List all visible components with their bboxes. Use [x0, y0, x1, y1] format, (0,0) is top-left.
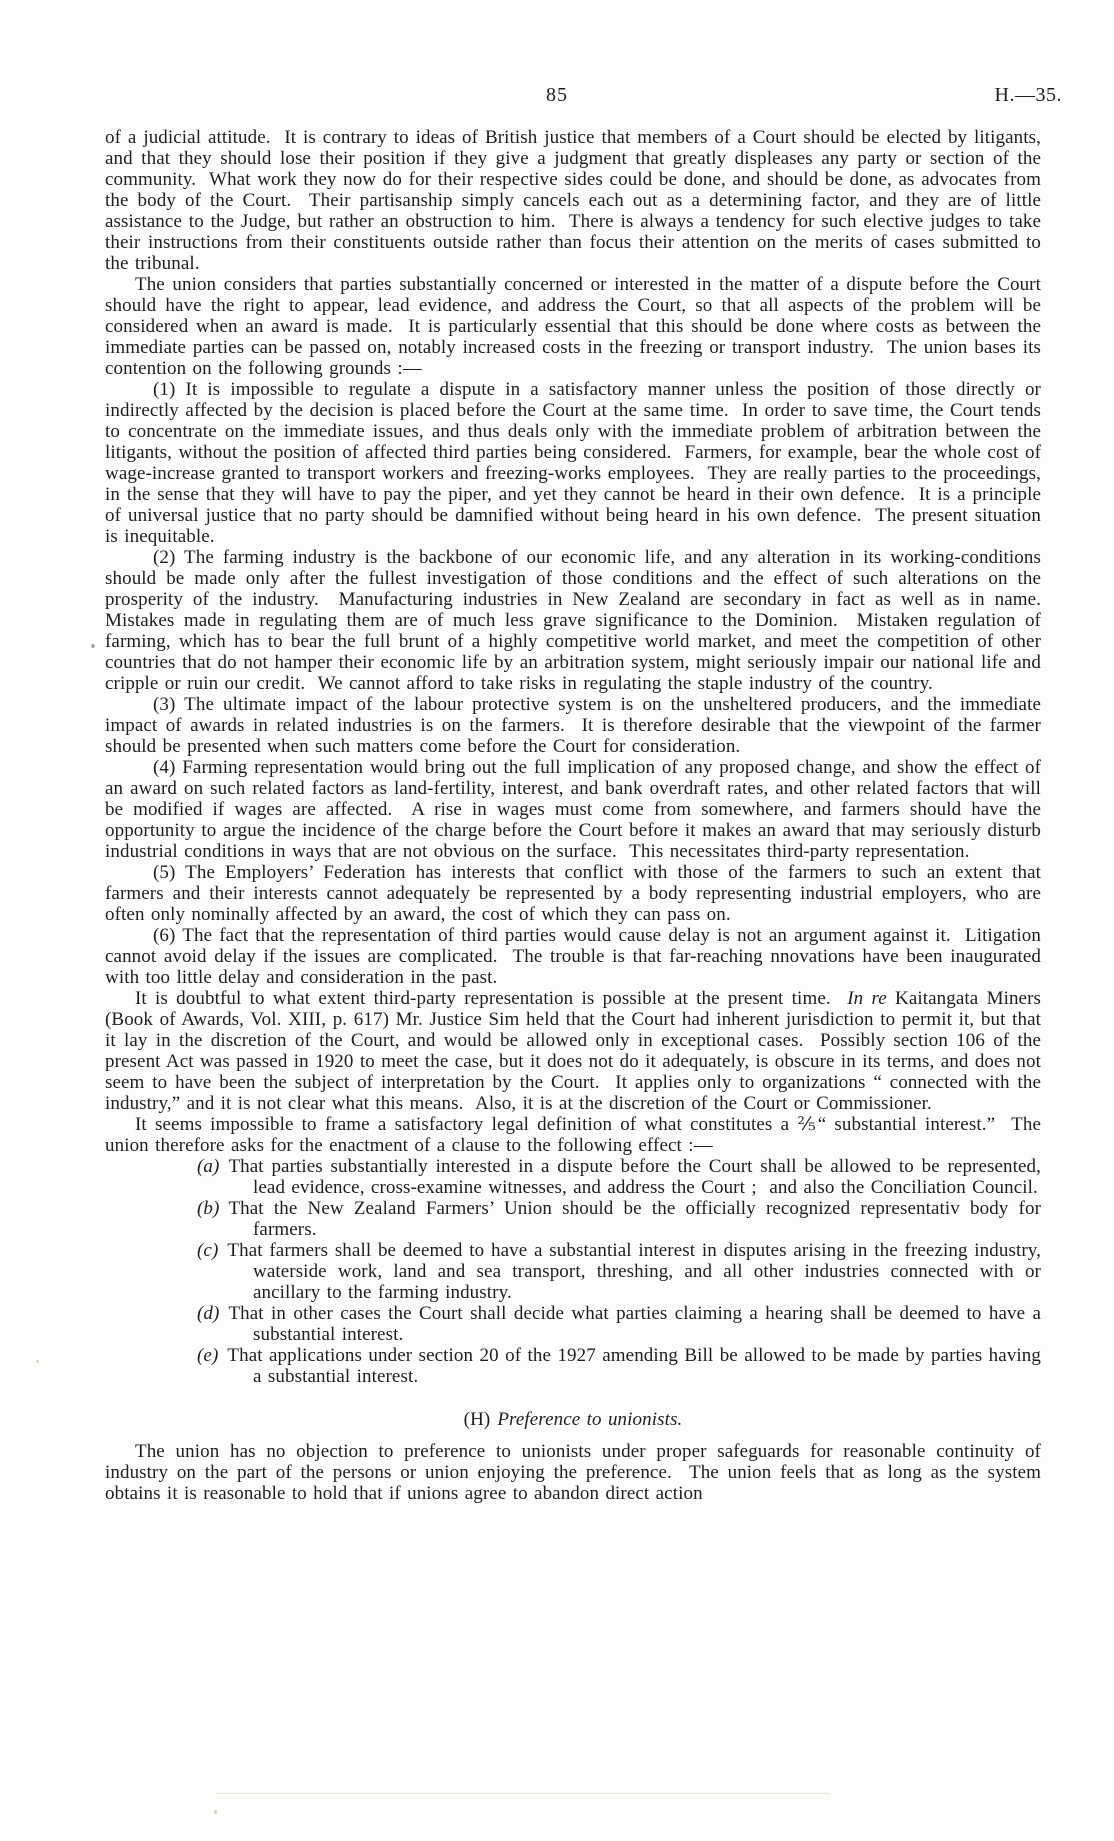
clause-item-c: (c)That farmers shall be deemed to have …	[253, 1240, 1041, 1303]
ground-paragraph-5: (5) The Employers’ Federation has intere…	[105, 862, 1041, 925]
paragraph-impossible: It seems impossible to frame a satisfact…	[105, 1114, 1041, 1156]
case-name-italic: In re	[847, 988, 887, 1009]
body-text: of a judicial attitude. It is contrary t…	[105, 127, 1041, 1504]
clause-marker: (b)	[197, 1198, 228, 1219]
clause-marker: (e)	[197, 1345, 227, 1366]
page-number: 85	[546, 84, 568, 107]
clause-text: That the New Zealand Farmers’ Union shou…	[228, 1198, 1047, 1240]
clause-item-b: (b)That the New Zealand Farmers’ Union s…	[253, 1198, 1041, 1240]
section-heading-title: Preference to unionists.	[490, 1409, 682, 1430]
ground-paragraph-6: (6) The fact that the representation of …	[105, 925, 1041, 988]
clause-text: That farmers shall be deemed to have a s…	[227, 1240, 1047, 1303]
paragraph-preference: The union has no objection to preference…	[105, 1441, 1041, 1504]
clause-text: That parties substantially interested in…	[228, 1156, 1047, 1198]
paragraph-union-considers: The union considers that parties substan…	[105, 274, 1041, 379]
ground-paragraph-1: (1) It is impossible to regulate a dispu…	[105, 379, 1041, 547]
clause-text: That applications under section 20 of th…	[227, 1345, 1047, 1387]
clause-text: That in other cases the Court shall deci…	[228, 1303, 1047, 1345]
clause-item-e: (e)That applications under section 20 of…	[253, 1345, 1041, 1387]
page-header: 85 H.—35.	[0, 84, 1114, 110]
document-page: 85 H.—35. of a judicial attitude. It is …	[0, 0, 1114, 1841]
clause-marker: (d)	[197, 1303, 228, 1324]
paragraph-doubtful: It is doubtful to what extent third-part…	[105, 988, 1041, 1114]
clause-marker: (c)	[197, 1240, 227, 1261]
scan-artifact-line	[216, 1793, 830, 1794]
ground-paragraph-3: (3) The ultimate impact of the labour pr…	[105, 694, 1041, 757]
clause-item-a: (a)That parties substantially interested…	[253, 1156, 1041, 1198]
section-heading-prefix: (H)	[464, 1409, 491, 1430]
scan-artifact-dot	[214, 1810, 217, 1814]
scan-artifact-dot	[91, 644, 95, 648]
section-heading: (H)Preference to unionists.	[105, 1409, 1041, 1430]
paragraph-intro-continuation: of a judicial attitude. It is contrary t…	[105, 127, 1041, 274]
doubtful-text-pre: It is doubtful to what extent third-part…	[135, 988, 847, 1009]
scan-artifact-dot	[36, 1360, 39, 1363]
ground-paragraph-4: (4) Farming representation would bring o…	[105, 757, 1041, 862]
clause-marker: (a)	[197, 1156, 228, 1177]
document-reference: H.—35.	[995, 84, 1062, 107]
clause-item-d: (d)That in other cases the Court shall d…	[253, 1303, 1041, 1345]
ground-paragraph-2: (2) The farming industry is the backbone…	[105, 547, 1041, 694]
